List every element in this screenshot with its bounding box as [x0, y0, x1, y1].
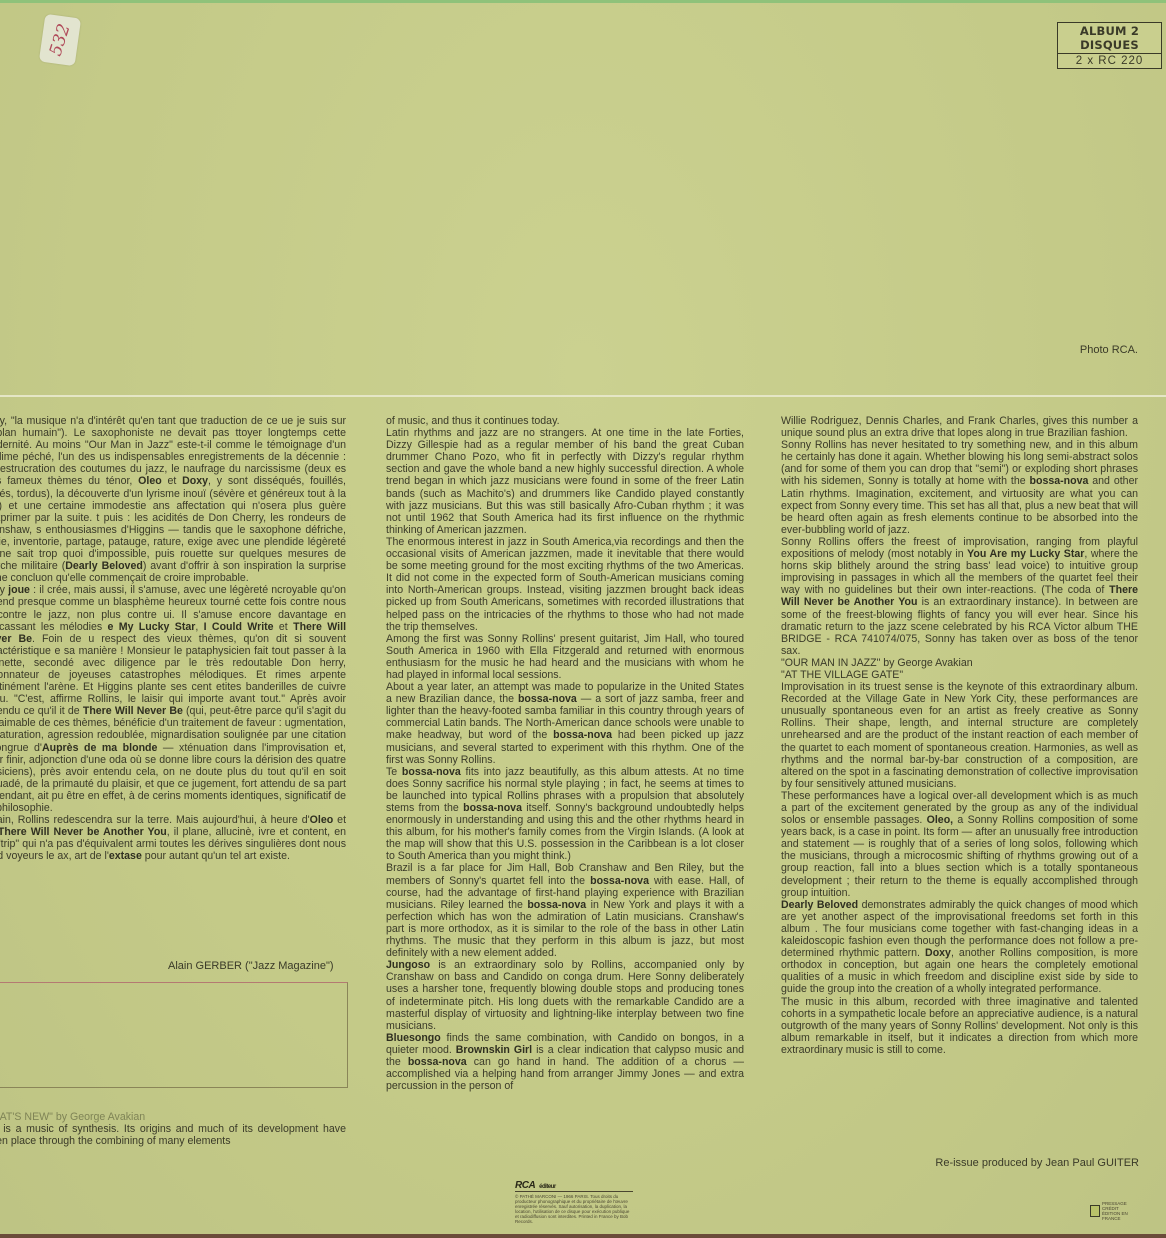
french-review-column: onny, "la musique n'a d'intérêt qu'en ta… [0, 415, 346, 862]
rca-logo: RCAéditeur [515, 1183, 633, 1190]
album-box-reference: 2 x RC 220 [1058, 54, 1161, 68]
paragraph: "AT THE VILLAGE GATE" [781, 669, 1138, 681]
paragraph: onny joue : il crée, mais aussi, il s'am… [0, 584, 346, 814]
paragraph: Improvisation in its truest sense is the… [781, 681, 1138, 790]
paragraph: Sonny Rollins offers the freest of impro… [781, 536, 1138, 657]
bottom-edge [0, 1234, 1166, 1238]
paragraph: Brazil is a far place for Jim Hall, Bob … [386, 862, 744, 959]
paragraph: Sonny Rollins has never hesitated to try… [781, 439, 1138, 536]
paragraph: Te bossa-nova fits into jazz beautifully… [386, 766, 744, 863]
paragraph: Latin rhythms and jazz are no strangers.… [386, 427, 744, 536]
empty-frame [0, 982, 348, 1088]
paragraph: "OUR MAN IN JAZZ" by George Avakian [781, 657, 1138, 669]
album-reference-box: ALBUM 2 DISQUES 2 x RC 220 [1057, 22, 1162, 69]
paragraph: Dearly Beloved demonstrates admirably th… [781, 899, 1138, 996]
sticker-label: 532 [45, 21, 74, 58]
badge-text: PRESSAGE CRÉDIT ÉDITION EN FRANCE [1102, 1201, 1136, 1221]
top-edge [0, 0, 1166, 3]
whats-new-text: azz is a music of synthesis. Its origins… [0, 1123, 346, 1147]
whats-new-heading: WHAT'S NEW" by George Avakian [0, 1111, 346, 1123]
handwritten-sticker: 532 [39, 14, 81, 67]
paragraph: Willie Rodriguez, Dennis Charles, and Fr… [781, 415, 1138, 439]
paragraph: Among the first was Sonny Rollins' prese… [386, 633, 744, 681]
liner-notes-middle-column: of music, and thus it continues today.La… [386, 415, 744, 1092]
publisher-rule [515, 1191, 633, 1192]
photo-credit: Photo RCA. [1080, 344, 1138, 356]
paragraph: The enormous interest in jazz in South A… [386, 536, 744, 633]
paragraph: The music in this album, recorded with t… [781, 996, 1138, 1056]
section-divider [0, 395, 1166, 397]
paragraph: Bluesongo finds the same combination, wi… [386, 1032, 744, 1092]
paragraph: of music, and thus it continues today. [386, 415, 744, 427]
paragraph: These performances have a logical over-a… [781, 790, 1138, 899]
whats-new-section: WHAT'S NEW" by George Avakian azz is a m… [0, 1111, 346, 1147]
paragraph: About a year later, an attempt was made … [386, 681, 744, 766]
publisher-fine-print: © PATHÉ MARCONI — 1966 PARIS. Tous droit… [515, 1194, 633, 1224]
album-box-title: ALBUM 2 DISQUES [1058, 23, 1161, 54]
review-signature: Alain GERBER ("Jazz Magazine") [168, 960, 334, 972]
paragraph: emain, Rollins redescendra sur la terre.… [0, 814, 346, 862]
publisher-block: RCAéditeur © PATHÉ MARCONI — 1966 PARIS.… [515, 1183, 633, 1224]
liner-notes-right-column: Willie Rodriguez, Dennis Charles, and Fr… [781, 415, 1138, 1056]
pressing-badge: PRESSAGE CRÉDIT ÉDITION EN FRANCE [1090, 1201, 1136, 1221]
reissue-credit: Re-issue produced by Jean Paul GUITER [935, 1157, 1139, 1169]
paragraph: onny, "la musique n'a d'intérêt qu'en ta… [0, 415, 346, 584]
badge-logo-icon [1090, 1205, 1100, 1217]
paragraph: Jungoso is an extraordinary solo by Roll… [386, 959, 744, 1032]
